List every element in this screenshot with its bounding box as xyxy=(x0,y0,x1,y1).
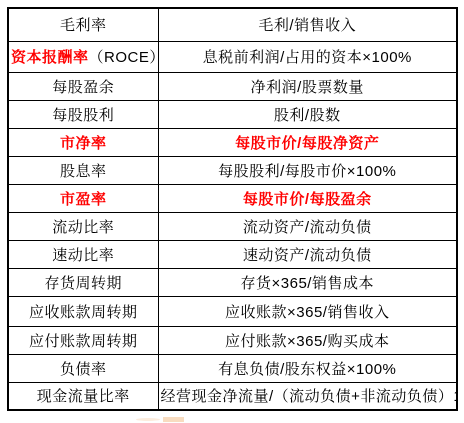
formula-cell-text: 每股股利/每股市价×100% xyxy=(218,163,396,180)
formula-cell: 净利润/股票数量 xyxy=(158,72,457,100)
formula-cell: 应收账款×365/销售收入 xyxy=(158,296,457,326)
financial-ratio-formula-table: 毛利率毛利/销售收入资本报酬率（ROCE）息税前利润/占用的资本×100%每股盈… xyxy=(7,7,458,411)
term-cell-text-red: 资本报酬率 xyxy=(11,49,89,66)
highlight-mark-left xyxy=(136,418,160,421)
formula-cell-text: 股利/股数 xyxy=(274,107,341,124)
table-row: 存货周转期存货×365/销售成本 xyxy=(8,268,457,296)
formula-cell-text: 存货×365/销售成本 xyxy=(241,275,374,292)
formula-cell: 有息负债/股东权益×100% xyxy=(158,354,457,382)
table-row: 股息率每股股利/每股市价×100% xyxy=(8,156,457,184)
term-cell-text: 存货周转期 xyxy=(44,275,122,292)
formula-cell: 经营现金净流量/（流动负债+非流动负债）100% xyxy=(158,382,457,410)
term-cell: 速动比率 xyxy=(8,240,158,268)
formula-cell: 每股市价/每股净资产 xyxy=(158,128,457,156)
term-cell-text: 速动比率 xyxy=(52,247,114,264)
formula-cell: 毛利/销售收入 xyxy=(158,8,457,41)
term-cell: 市盈率 xyxy=(8,184,158,212)
formula-cell: 存货×365/销售成本 xyxy=(158,268,457,296)
formula-cell-text-red: 每股市价/每股净资产 xyxy=(235,135,379,152)
table-row: 负债率有息负债/股东权益×100% xyxy=(8,354,457,382)
table-body: 毛利率毛利/销售收入资本报酬率（ROCE）息税前利润/占用的资本×100%每股盈… xyxy=(8,8,457,410)
formula-cell-text: 流动资产/流动负债 xyxy=(243,219,372,236)
table-row: 每股盈余净利润/股票数量 xyxy=(8,72,457,100)
term-cell: 应付账款周转期 xyxy=(8,326,158,354)
term-cell-text: 负债率 xyxy=(60,361,107,378)
formula-cell-text: 速动资产/流动负债 xyxy=(243,247,372,264)
term-cell: 股息率 xyxy=(8,156,158,184)
table-row: 每股股利股利/股数 xyxy=(8,100,457,128)
formula-cell-text: 应付账款×365/购买成本 xyxy=(225,333,389,350)
term-cell-text-red: 市盈率 xyxy=(60,191,107,208)
table-row: 应收账款周转期应收账款×365/销售收入 xyxy=(8,296,457,326)
formula-cell-text: 息税前利润/占用的资本×100% xyxy=(203,49,412,66)
formula-cell-text: 净利润/股票数量 xyxy=(251,79,364,96)
formula-cell: 每股股利/每股市价×100% xyxy=(158,156,457,184)
table-row: 市盈率每股市价/每股盈余 xyxy=(8,184,457,212)
term-cell-text: 流动比率 xyxy=(52,219,114,236)
term-cell-text: 每股股利 xyxy=(52,107,114,124)
term-cell: 流动比率 xyxy=(8,212,158,240)
term-cell: 应收账款周转期 xyxy=(8,296,158,326)
term-cell: 每股股利 xyxy=(8,100,158,128)
term-cell: 负债率 xyxy=(8,354,158,382)
term-cell-text-red: 市净率 xyxy=(60,135,107,152)
term-cell-text: 毛利率 xyxy=(60,17,107,34)
term-cell: 每股盈余 xyxy=(8,72,158,100)
term-cell: 现金流量比率 xyxy=(8,382,158,410)
formula-cell: 应付账款×365/购买成本 xyxy=(158,326,457,354)
formula-cell: 速动资产/流动负债 xyxy=(158,240,457,268)
highlight-mark-right xyxy=(163,417,184,422)
table-row: 资本报酬率（ROCE）息税前利润/占用的资本×100% xyxy=(8,41,457,72)
formula-cell: 息税前利润/占用的资本×100% xyxy=(158,41,457,72)
formula-cell-text: 经营现金净流量/（流动负债+非流动负债）100% xyxy=(161,388,458,405)
formula-cell: 股利/股数 xyxy=(158,100,457,128)
term-cell: 市净率 xyxy=(8,128,158,156)
table-row: 市净率每股市价/每股净资产 xyxy=(8,128,457,156)
table-row: 速动比率速动资产/流动负债 xyxy=(8,240,457,268)
formula-cell-text: 应收账款×365/销售收入 xyxy=(225,304,389,321)
term-cell-text: 应付账款周转期 xyxy=(29,333,138,350)
term-cell: 资本报酬率（ROCE） xyxy=(8,41,158,72)
formula-cell: 每股市价/每股盈余 xyxy=(158,184,457,212)
table-row: 毛利率毛利/销售收入 xyxy=(8,8,457,41)
formula-cell-text-red: 每股市价/每股盈余 xyxy=(243,191,372,208)
term-cell: 毛利率 xyxy=(8,8,158,41)
term-cell-text: 股息率 xyxy=(60,163,107,180)
term-cell: 存货周转期 xyxy=(8,268,158,296)
term-cell-text: 现金流量比率 xyxy=(37,388,130,405)
table-row: 应付账款周转期应付账款×365/购买成本 xyxy=(8,326,457,354)
term-cell-text: 应收账款周转期 xyxy=(29,304,138,321)
formula-cell-text: 有息负债/股东权益×100% xyxy=(218,361,396,378)
formula-cell-text: 毛利/销售收入 xyxy=(258,17,356,34)
term-cell-text: （ROCE） xyxy=(89,49,158,66)
formula-cell: 流动资产/流动负债 xyxy=(158,212,457,240)
table-row: 现金流量比率经营现金净流量/（流动负债+非流动负债）100% xyxy=(8,382,457,410)
table-row: 流动比率流动资产/流动负债 xyxy=(8,212,457,240)
term-cell-text: 每股盈余 xyxy=(52,79,114,96)
